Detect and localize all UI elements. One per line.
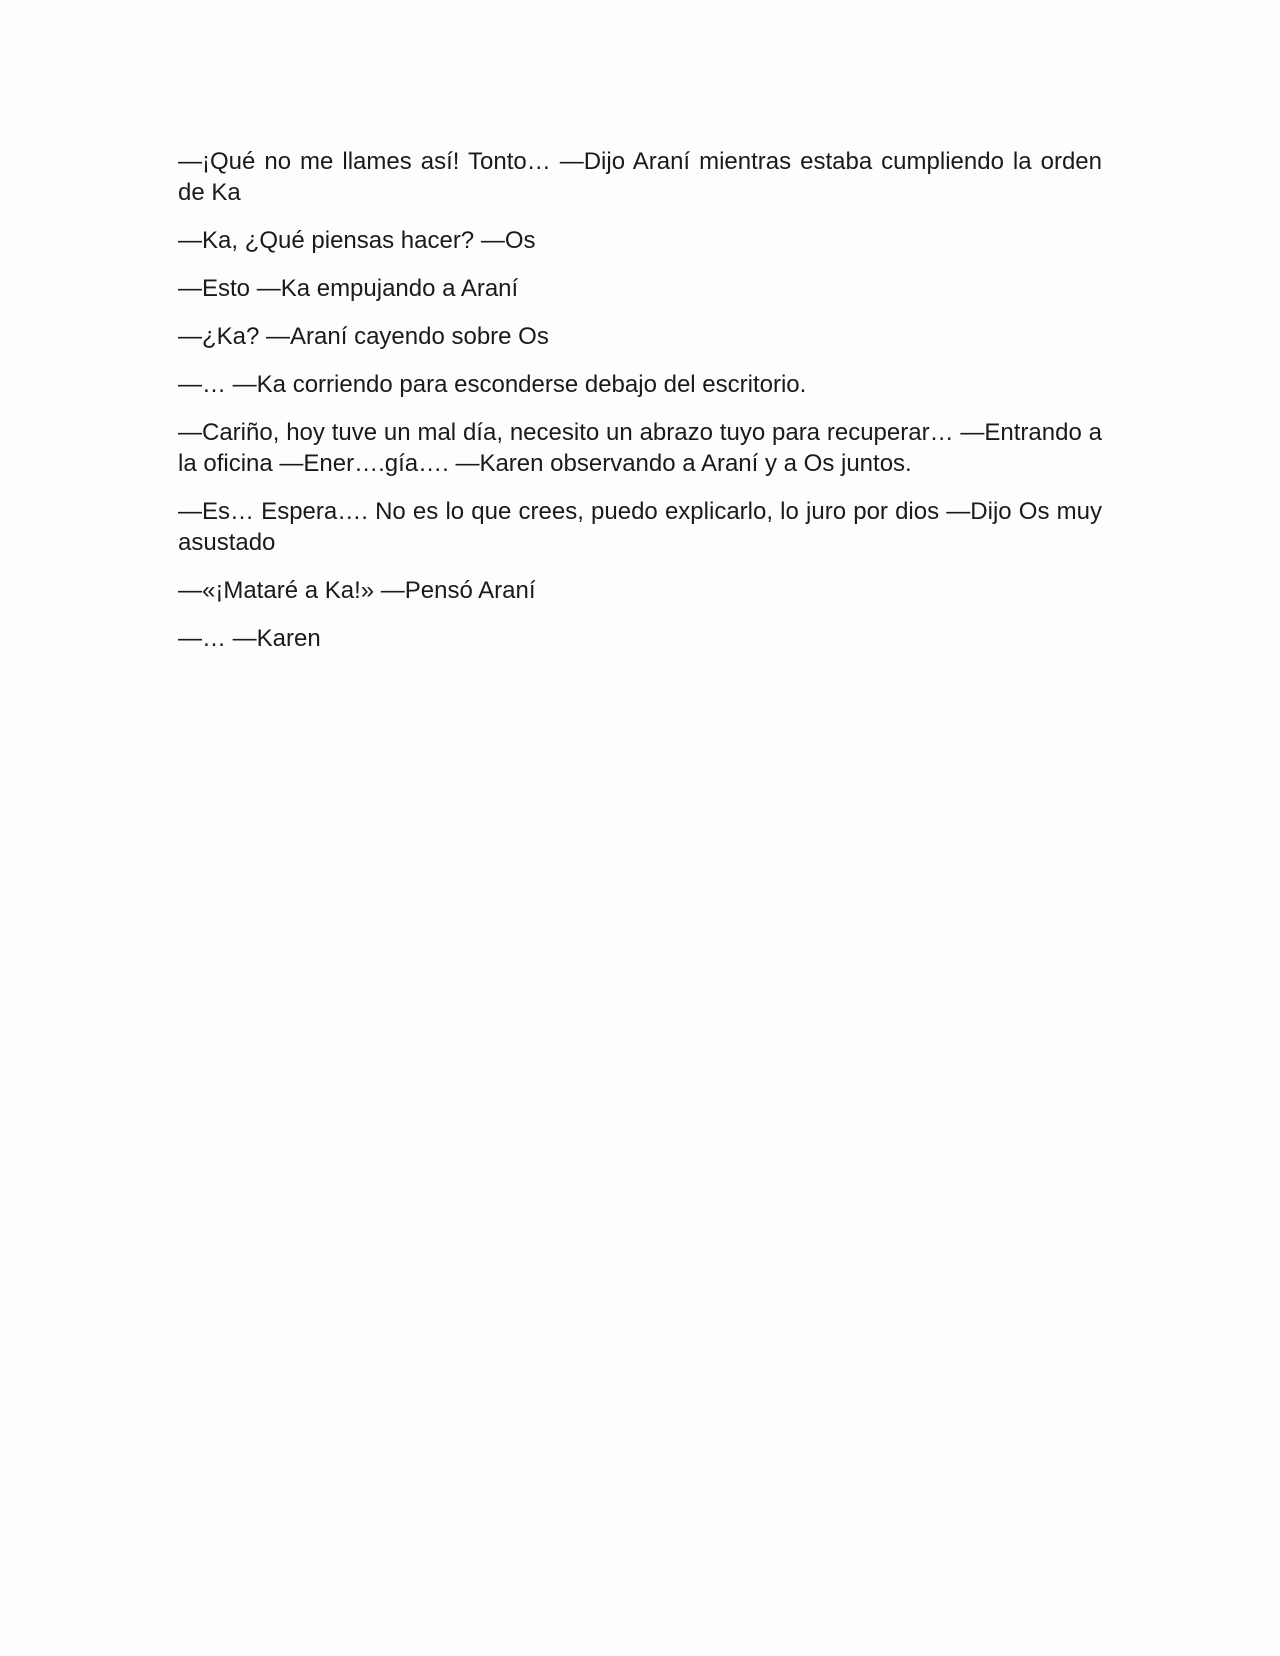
paragraph: —… —Ka corriendo para esconderse debajo … [178, 369, 1102, 400]
paragraph: —Esto —Ka empujando a Araní [178, 273, 1102, 304]
paragraph: —¿Ka? —Araní cayendo sobre Os [178, 321, 1102, 352]
paragraph: —Es… Espera…. No es lo que crees, puedo … [178, 496, 1102, 558]
paragraph: —Cariño, hoy tuve un mal día, necesito u… [178, 417, 1102, 479]
paragraph: —Ka, ¿Qué piensas hacer? —Os [178, 225, 1102, 256]
paragraph: —«¡Mataré a Ka!» —Pensó Araní [178, 575, 1102, 606]
document-page: —¡Qué no me llames así! Tonto… —Dijo Ara… [178, 146, 1102, 671]
paragraph: —¡Qué no me llames así! Tonto… —Dijo Ara… [178, 146, 1102, 208]
paragraph: —… —Karen [178, 623, 1102, 654]
